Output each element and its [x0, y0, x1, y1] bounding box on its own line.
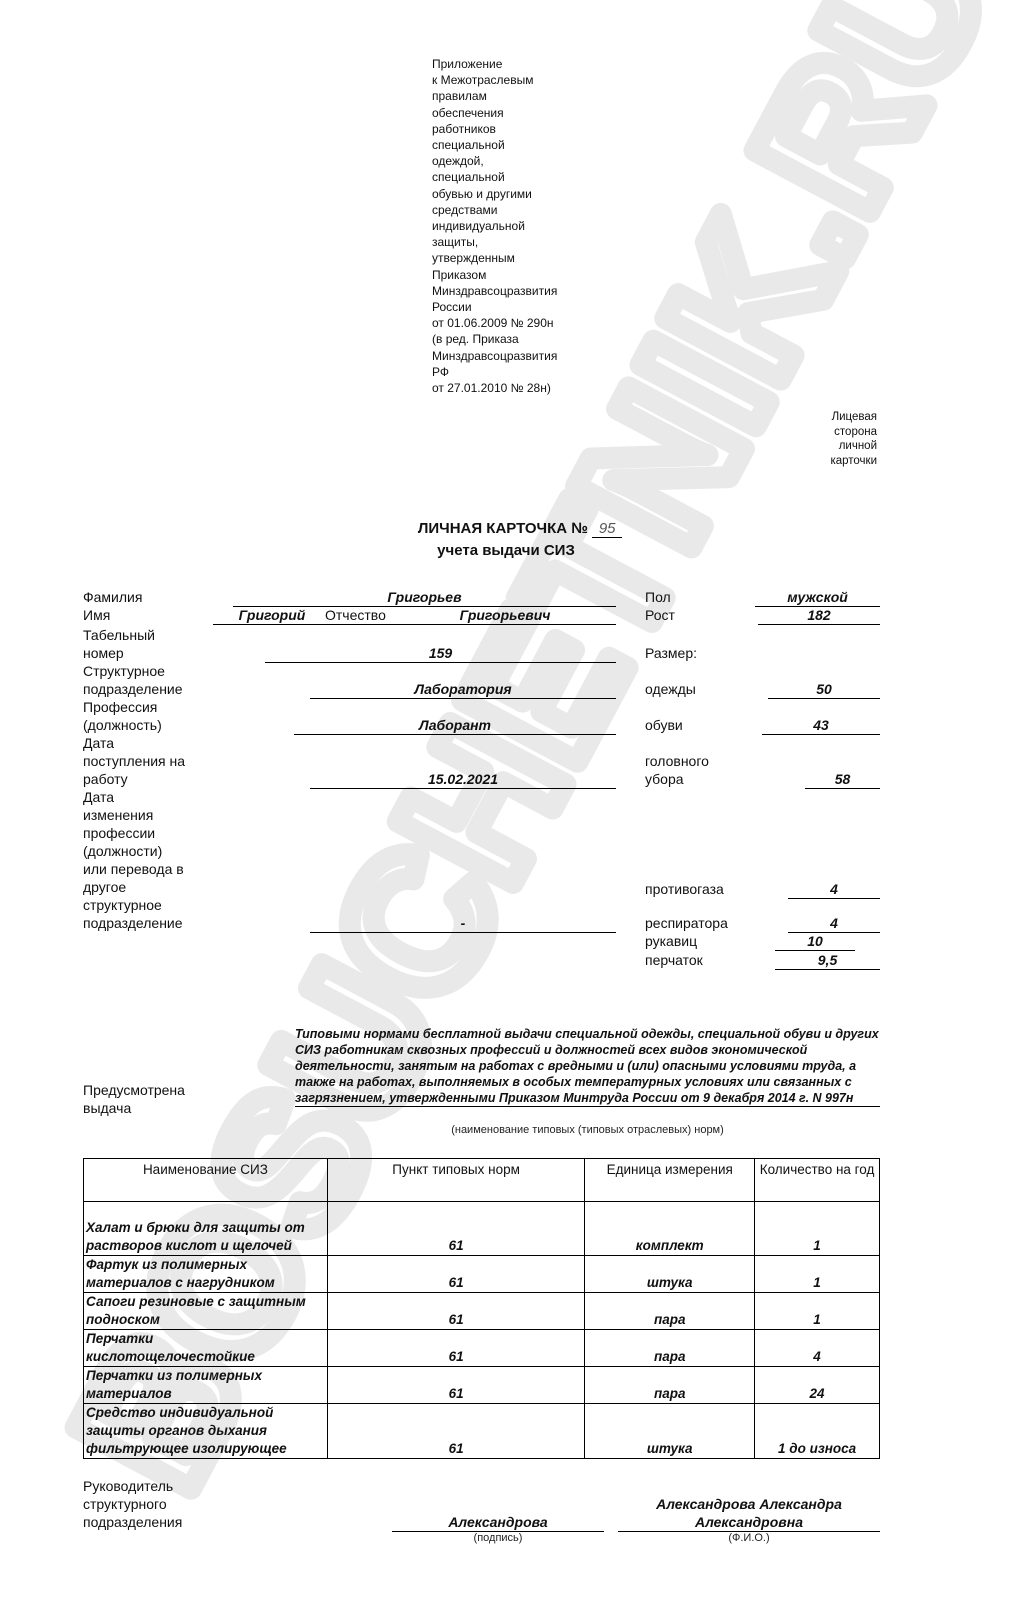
transfer-label-line: изменения — [83, 806, 184, 824]
transfer-label-line: структурное — [83, 896, 184, 914]
tab-number-label: Табельныйномер — [83, 626, 155, 662]
norms-caption: (наименование типовых (типовых отраслевы… — [295, 1124, 880, 1136]
appendix-line: Минздравсоцразвития — [432, 348, 592, 364]
tab-number-label-line: номер — [83, 644, 155, 662]
unit-cell: штука — [585, 1404, 755, 1459]
unit-cell: пара — [585, 1330, 755, 1367]
ppe-table: Наименование СИЗ Пункт типовых норм Един… — [83, 1158, 880, 1459]
side-note-line: карточки — [780, 454, 877, 469]
transfer-label-line: подразделение — [83, 914, 184, 932]
norms-text-field[interactable]: Типовыми нормами бесплатной выдачи специ… — [295, 1026, 880, 1107]
unit-cell: пара — [585, 1293, 755, 1330]
quantity-cell: 1 — [755, 1256, 880, 1293]
norm-point-cell: 61 — [327, 1330, 585, 1367]
transfer-label-line: другое — [83, 878, 184, 896]
side-note-line: личной — [780, 439, 877, 454]
shoe-size-field[interactable]: 43 — [762, 716, 880, 735]
header-norm-point: Пункт типовых норм — [327, 1159, 585, 1202]
gloves-size-field[interactable]: 9,5 — [775, 951, 880, 970]
transfer-label-line: профессии — [83, 824, 184, 842]
appendix-line: средствами — [432, 202, 592, 218]
appendix-line: индивидуальной — [432, 218, 592, 234]
side-note-line: сторона — [780, 425, 877, 440]
signature-label-line: подразделения — [83, 1513, 182, 1531]
appendix-line: России — [432, 299, 592, 315]
appendix-line: Приложение — [432, 56, 592, 72]
appendix-line: работников — [432, 121, 592, 137]
name-label: Имя — [83, 606, 110, 624]
respirator-size-label: респиратора — [645, 914, 728, 932]
quantity-cell: 1 — [755, 1202, 880, 1256]
norm-point-cell: 61 — [327, 1202, 585, 1256]
card-title-text: ЛИЧНАЯ КАРТОЧКА № — [418, 520, 588, 537]
appendix-line: РФ — [432, 364, 592, 380]
surname-field[interactable]: Григорьев — [233, 588, 616, 607]
hire-date-field[interactable]: 15.02.2021 — [310, 770, 616, 789]
appendix-line: (в ред. Приказа — [432, 331, 592, 347]
appendix-line: специальной — [432, 169, 592, 185]
sex-field[interactable]: мужской — [755, 588, 880, 607]
table-row: Перчатки из полимерных материалов61пара2… — [84, 1367, 880, 1404]
signature-label: Руководительструктурногоподразделения — [83, 1477, 182, 1531]
patronymic-label: Отчество — [325, 606, 386, 624]
hire-date-label-line: работу — [83, 770, 185, 788]
ppe-name-cell: Перчатки из полимерных материалов — [84, 1367, 328, 1404]
clothes-size-field[interactable]: 50 — [768, 680, 880, 699]
name-field[interactable]: Григорий — [232, 606, 312, 624]
card-number: 95 — [592, 520, 622, 538]
patronymic-field[interactable]: Григорьевич — [440, 606, 570, 624]
mittens-size-label: рукавиц — [645, 932, 697, 950]
header-ppe-name: Наименование СИЗ — [84, 1159, 328, 1202]
card-title: ЛИЧНАЯ КАРТОЧКА № 95 — [300, 520, 740, 538]
signature-label-line: структурного — [83, 1495, 182, 1513]
side-note-line: Лицевая — [780, 410, 877, 425]
size-label: Размер: — [645, 644, 697, 662]
transfer-field[interactable]: - — [310, 914, 616, 933]
position-label-line: Профессия — [83, 698, 162, 716]
appendix-line: одеждой, — [432, 153, 592, 169]
card-subtitle: учета выдачи СИЗ — [296, 542, 716, 559]
header-quantity: Количество на год — [755, 1159, 880, 1202]
norm-point-cell: 61 — [327, 1367, 585, 1404]
shoe-size-label: обуви — [645, 716, 683, 734]
transfer-label-line: или перевода в — [83, 860, 184, 878]
appendix-reference: Приложениек Межотраслевымправиламобеспеч… — [432, 56, 592, 396]
headwear-size-label: головногоубора — [645, 752, 709, 788]
signature-label-line: Руководитель — [83, 1477, 182, 1495]
ppe-name-cell: Фартук из полимерных материалов с нагруд… — [84, 1256, 328, 1293]
department-field[interactable]: Лаборатория — [310, 680, 616, 699]
appendix-line: обувью и другими — [432, 186, 592, 202]
ppe-name-cell: Сапоги резиновые с защитным подноском — [84, 1293, 328, 1330]
provision-label-line: Предусмотрена — [83, 1081, 185, 1099]
appendix-line: обеспечения — [432, 105, 592, 121]
hire-date-label-line: Дата — [83, 734, 185, 752]
gasmask-size-field[interactable]: 4 — [788, 880, 880, 899]
quantity-cell: 24 — [755, 1367, 880, 1404]
table-row: Сапоги резиновые с защитным подноском61п… — [84, 1293, 880, 1330]
gasmask-size-label: противогаза — [645, 880, 724, 898]
appendix-line: от 27.01.2010 № 28н) — [432, 380, 592, 396]
department-label-line: подразделение — [83, 680, 183, 698]
document-page: Приложениек Межотраслевымправиламобеспеч… — [0, 0, 1024, 1598]
tab-number-field[interactable]: 159 — [265, 644, 616, 663]
ppe-name-cell: Перчатки кислотощелочестойкие — [84, 1330, 328, 1367]
mittens-size-field[interactable]: 10 — [775, 932, 855, 951]
provision-label: Предусмотренавыдача — [83, 1081, 185, 1117]
signature-caption: (подпись) — [392, 1532, 604, 1544]
position-field[interactable]: Лаборант — [294, 716, 616, 735]
headwear-size-label-line: головного — [645, 752, 709, 770]
provision-label-line: выдача — [83, 1099, 185, 1117]
fio-field-line2[interactable]: Александровна — [618, 1513, 880, 1532]
unit-cell: пара — [585, 1367, 755, 1404]
appendix-line: защиты, — [432, 234, 592, 250]
norm-point-cell: 61 — [327, 1293, 585, 1330]
appendix-line: специальной — [432, 137, 592, 153]
table-row: Халат и брюки для защиты от растворов ки… — [84, 1202, 880, 1256]
unit-cell: комплект — [585, 1202, 755, 1256]
gloves-size-label: перчаток — [645, 951, 703, 969]
appendix-line: от 01.06.2009 № 290н — [432, 315, 592, 331]
respirator-size-field[interactable]: 4 — [788, 914, 880, 933]
appendix-line: утвержденным — [432, 250, 592, 266]
hire-date-label: Датапоступления наработу — [83, 734, 185, 788]
norm-point-cell: 61 — [327, 1404, 585, 1459]
appendix-line: Минздравсоцразвития — [432, 283, 592, 299]
ppe-name-cell: Халат и брюки для защиты от растворов ки… — [84, 1202, 328, 1256]
ppe-name-cell: Средство индивидуальной защиты органов д… — [84, 1404, 328, 1459]
table-row: Фартук из полимерных материалов с нагруд… — [84, 1256, 880, 1293]
table-header-row: Наименование СИЗ Пункт типовых норм Един… — [84, 1159, 880, 1202]
unit-cell: штука — [585, 1256, 755, 1293]
headwear-size-field[interactable]: 58 — [805, 770, 880, 789]
sex-label: Пол — [645, 588, 671, 606]
department-label-line: Структурное — [83, 662, 183, 680]
quantity-cell: 1 — [755, 1293, 880, 1330]
height-label: Рост — [645, 606, 675, 624]
transfer-label: Датаизмененияпрофессии(должности)или пер… — [83, 788, 184, 932]
appendix-line: правилам — [432, 88, 592, 104]
surname-label: Фамилия — [83, 588, 142, 606]
fio-field-line1[interactable]: Александрова Александра — [618, 1495, 880, 1513]
quantity-cell: 1 до износа — [755, 1404, 880, 1459]
appendix-line: Приказом — [432, 267, 592, 283]
table-row: Перчатки кислотощелочестойкие61пара4 — [84, 1330, 880, 1367]
transfer-label-line: Дата — [83, 788, 184, 806]
quantity-cell: 4 — [755, 1330, 880, 1367]
signature-field[interactable]: Александрова — [392, 1513, 604, 1532]
position-label: Профессия(должность) — [83, 698, 162, 734]
side-note: Лицеваястороналичнойкарточки — [780, 410, 877, 468]
header-unit: Единица измерения — [585, 1159, 755, 1202]
clothes-size-label: одежды — [645, 680, 696, 698]
appendix-line: к Межотраслевым — [432, 72, 592, 88]
transfer-label-line: (должности) — [83, 842, 184, 860]
hire-date-label-line: поступления на — [83, 752, 185, 770]
department-label: Структурноеподразделение — [83, 662, 183, 698]
tab-number-label-line: Табельный — [83, 626, 155, 644]
headwear-size-label-line: убора — [645, 770, 709, 788]
height-field[interactable]: 182 — [758, 606, 880, 625]
position-label-line: (должность) — [83, 716, 162, 734]
norm-point-cell: 61 — [327, 1256, 585, 1293]
table-row: Средство индивидуальной защиты органов д… — [84, 1404, 880, 1459]
fio-caption: (Ф.И.О.) — [618, 1532, 880, 1544]
